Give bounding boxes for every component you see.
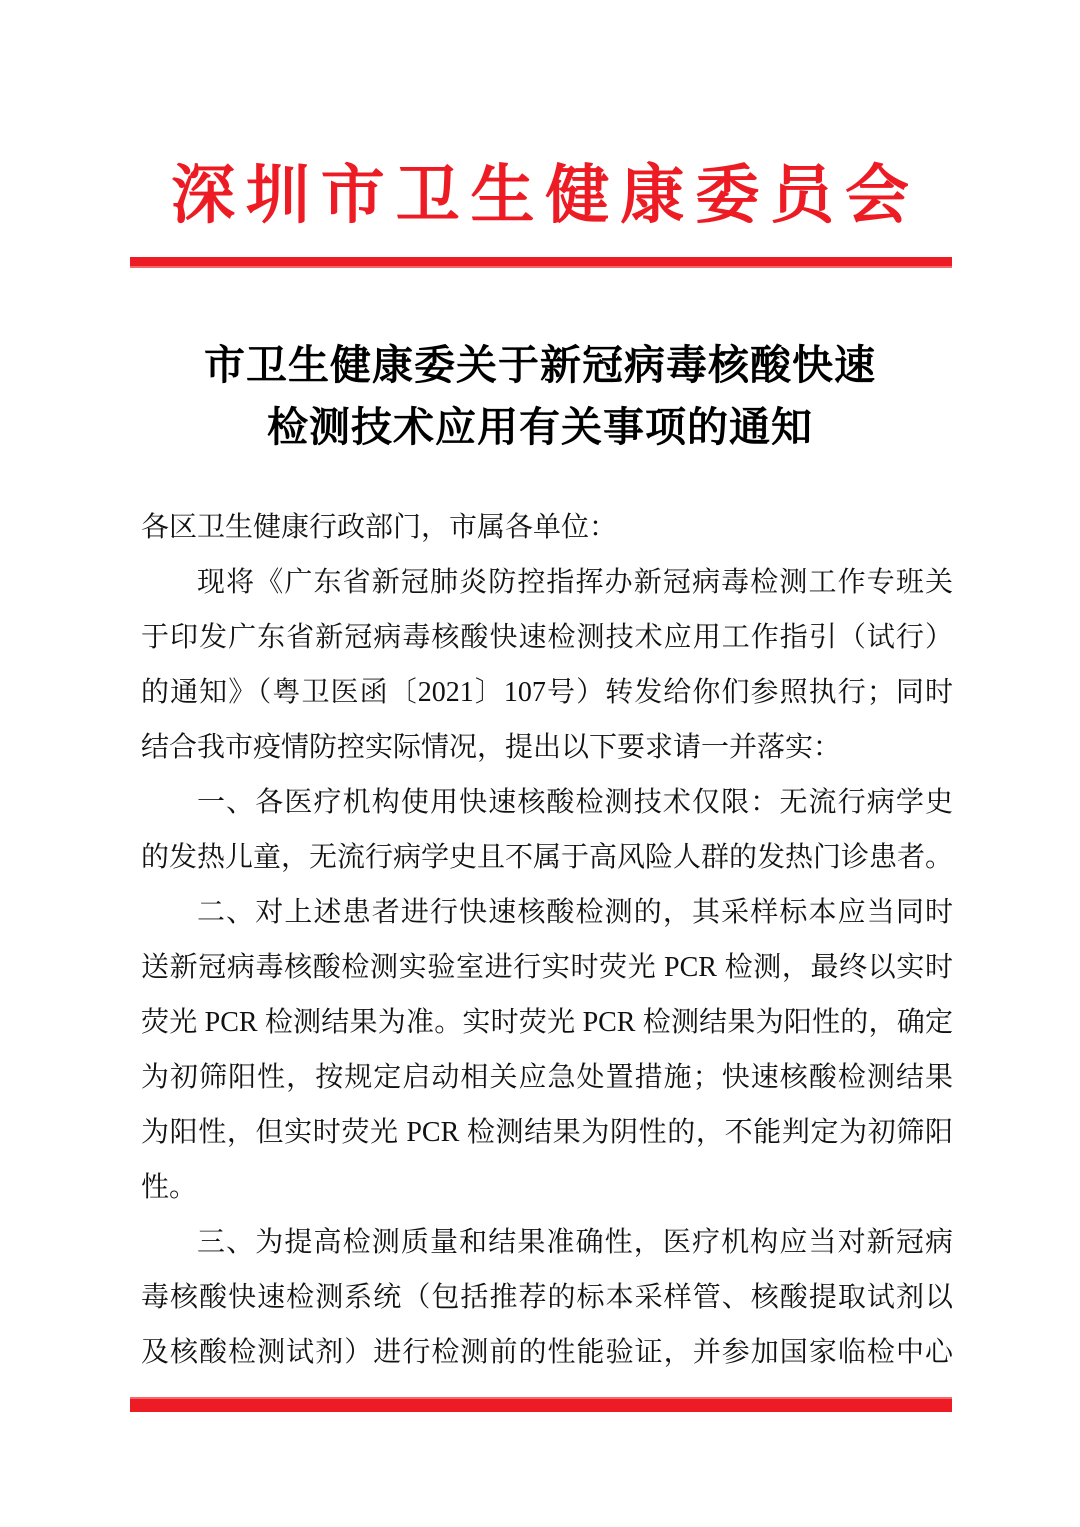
document-title-line-1: 市卫生健康委关于新冠病毒核酸快速 [0,334,1080,396]
body-line: 三、为提高检测质量和结果准确性，医疗机构应当对新冠病 [141,1215,953,1270]
document-body: 各区卫生健康行政部门，市属各单位：现将《广东省新冠肺炎防控指挥办新冠病毒检测工作… [141,500,953,1380]
document-title: 市卫生健康委关于新冠病毒核酸快速 检测技术应用有关事项的通知 [0,334,1080,458]
body-line: 结合我市疫情防控实际情况，提出以下要求请一并落实： [141,720,953,775]
body-line: 二、对上述患者进行快速核酸检测的，其采样标本应当同时 [141,885,953,940]
document-page: 深圳市卫生健康委员会 市卫生健康委关于新冠病毒核酸快速 检测技术应用有关事项的通… [0,0,1080,1527]
body-line: 送新冠病毒核酸检测实验室进行实时荧光 PCR 检测，最终以实时 [141,940,953,995]
body-line: 荧光 PCR 检测结果为准。实时荧光 PCR 检测结果为阳性的，确定 [141,995,953,1050]
letterhead-divider [130,257,952,268]
body-line: 性。 [141,1160,953,1215]
body-line: 的通知》（粤卫医函〔2021〕107号）转发给你们参照执行；同时 [141,665,953,720]
body-line: 毒核酸快速检测系统（包括推荐的标本采样管、核酸提取试剂以 [141,1270,953,1325]
body-line: 为初筛阳性，按规定启动相关应急处置措施；快速核酸检测结果 [141,1050,953,1105]
body-line: 的发热儿童，无流行病学史且不属于高风险人群的发热门诊患者。 [141,830,953,885]
document-title-line-2: 检测技术应用有关事项的通知 [0,396,1080,458]
body-line: 现将《广东省新冠肺炎防控指挥办新冠病毒检测工作专班关 [141,555,953,610]
body-line: 于印发广东省新冠病毒核酸快速检测技术应用工作指引（试行） [141,610,953,665]
body-line: 各区卫生健康行政部门，市属各单位： [141,500,953,555]
body-line: 及核酸检测试剂）进行检测前的性能验证，并参加国家临检中心 [141,1325,953,1380]
footer-divider [130,1397,952,1412]
letterhead-org-name: 深圳市卫生健康委员会 [0,146,1080,246]
body-line: 为阳性，但实时荧光 PCR 检测结果为阴性的，不能判定为初筛阳 [141,1105,953,1160]
body-line: 一、各医疗机构使用快速核酸检测技术仅限：无流行病学史 [141,775,953,830]
